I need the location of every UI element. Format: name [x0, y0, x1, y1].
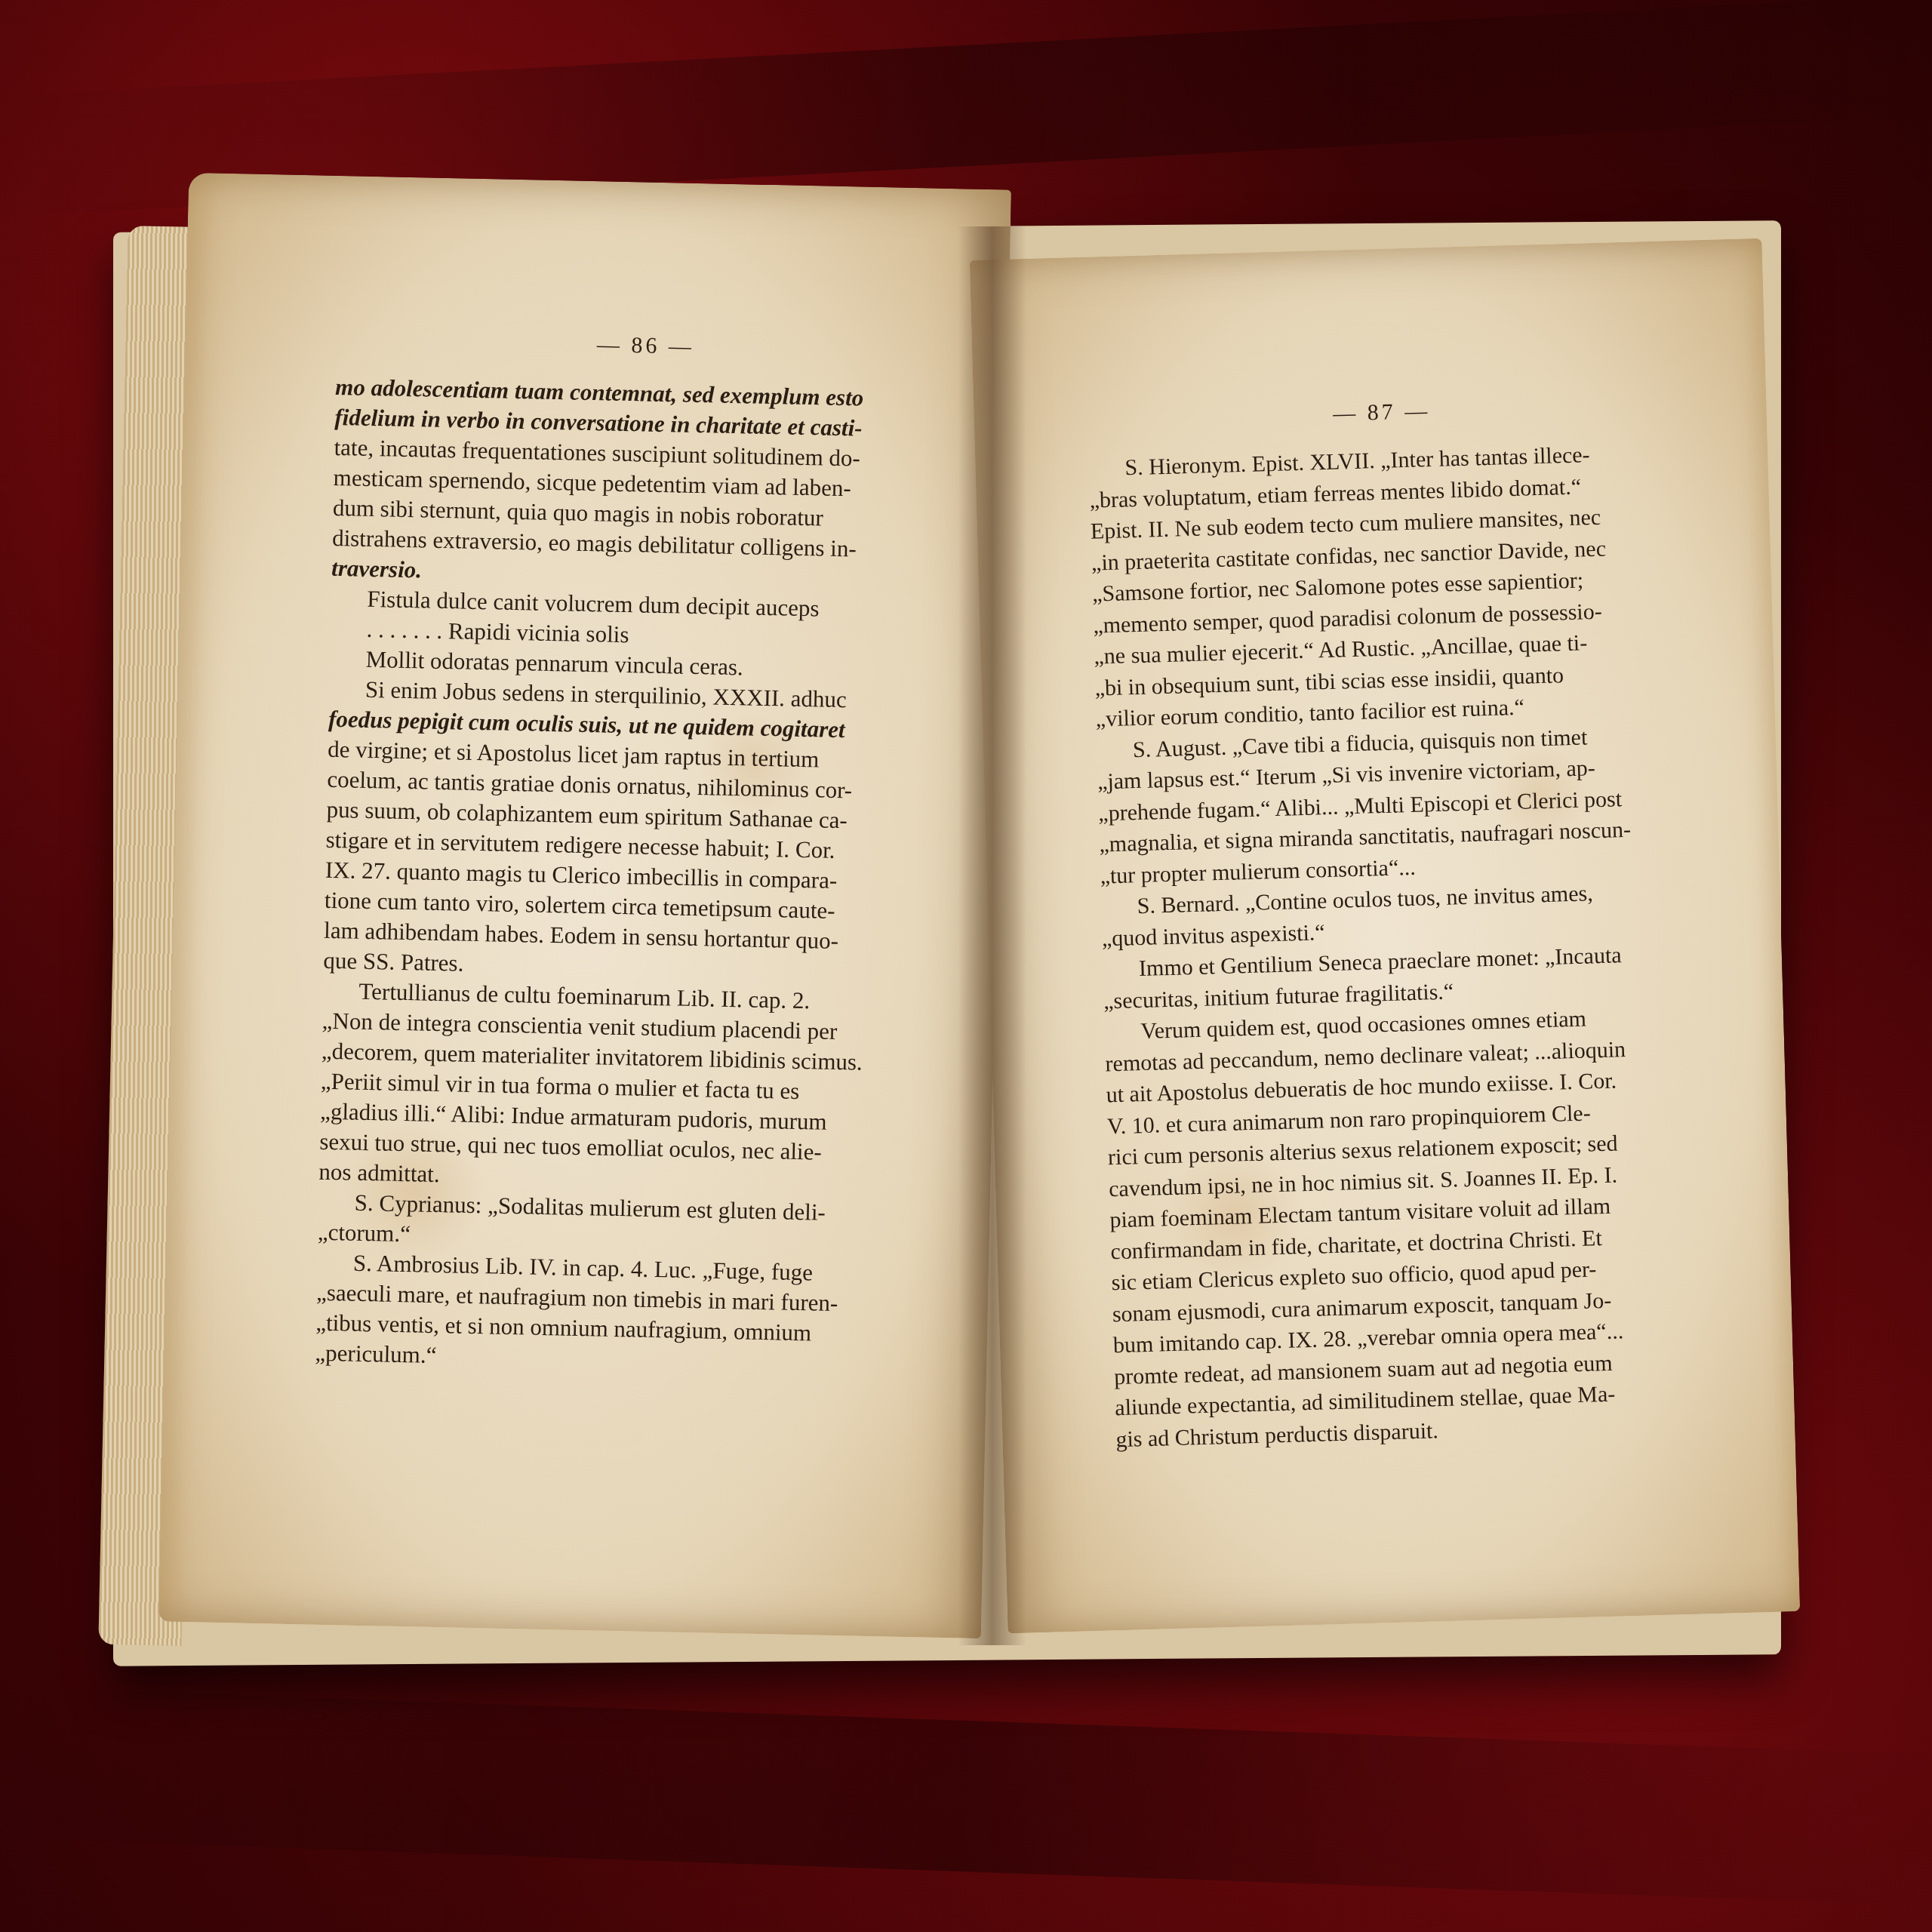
page-number-left: — 86 — [336, 327, 955, 365]
right-page: — 87 — S. Hieronym. Epist. XLVII. „Inter… [970, 238, 1800, 1634]
right-page-text: S. Hieronym. Epist. XLVII. „Inter has ta… [1088, 437, 1705, 1455]
left-page-text: mo adolescentiam tuam contemnat, sed exe… [315, 372, 954, 1381]
velvet-fold-bottom [0, 1687, 1932, 1905]
page-number-right: — 87 — [1087, 392, 1676, 434]
left-page: — 86 — mo adolescentiam tuam contemnat, … [158, 173, 1011, 1638]
